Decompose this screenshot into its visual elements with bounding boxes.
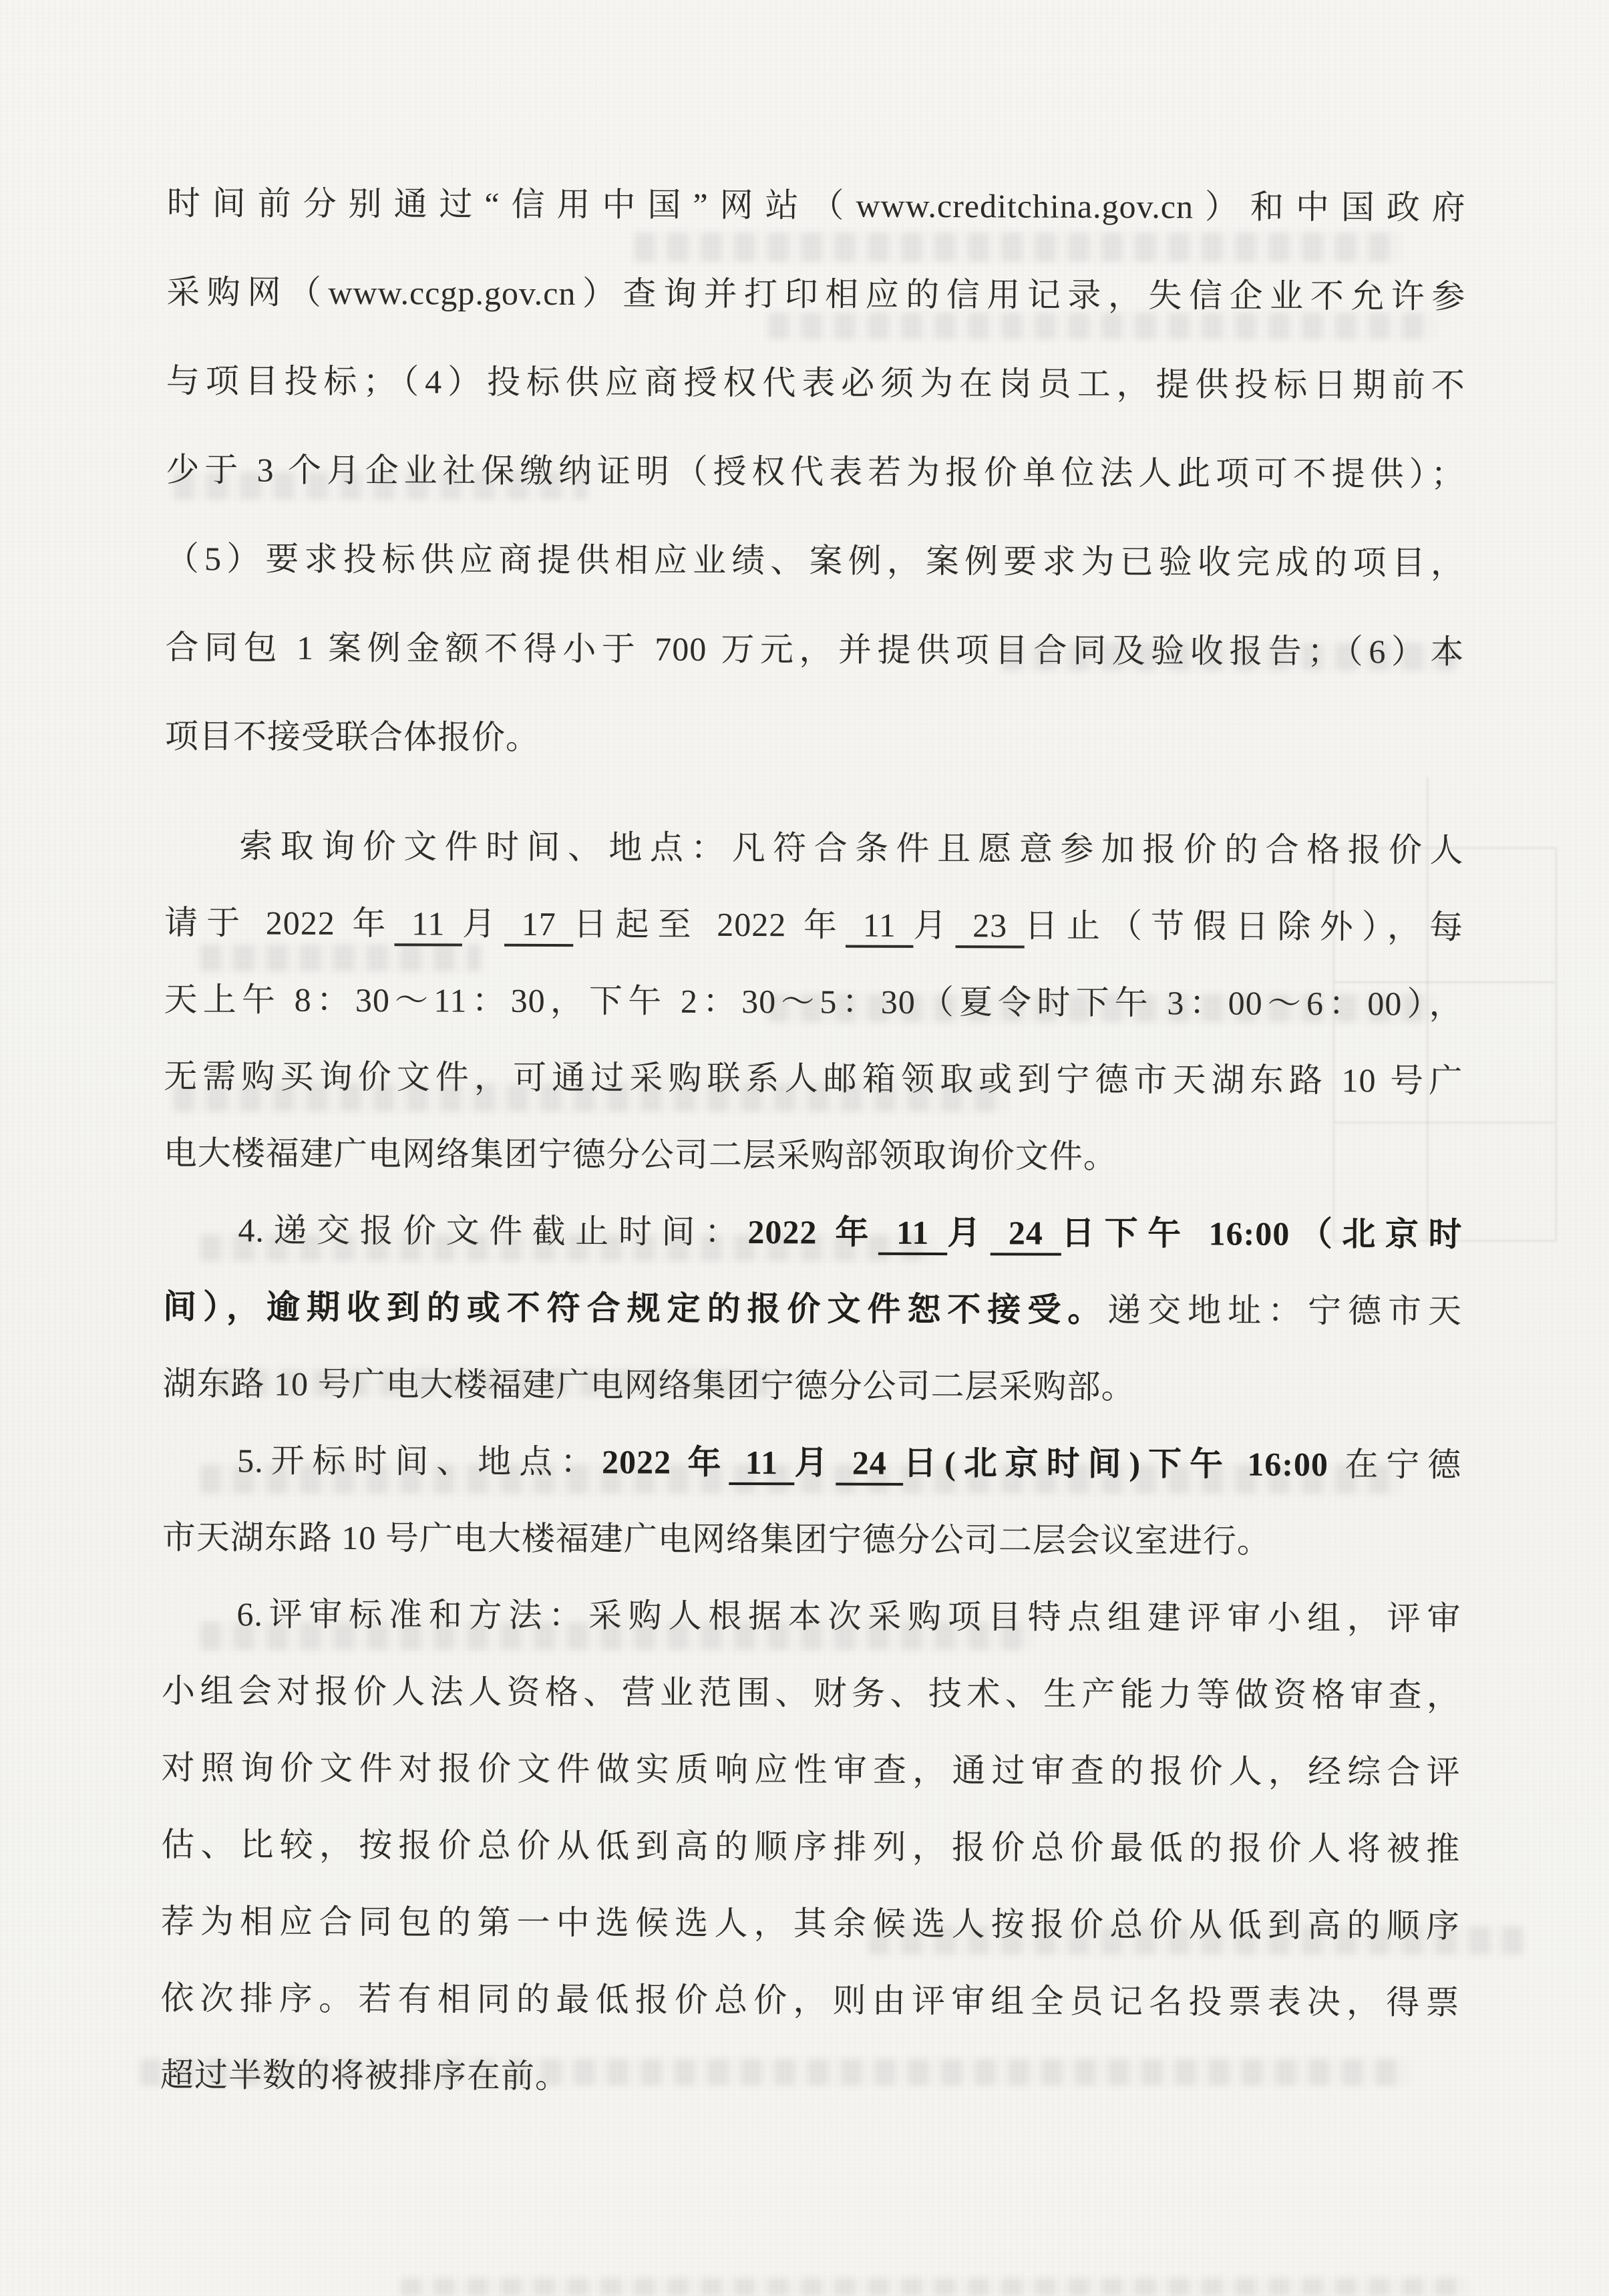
text-run: 依次排序。若有相同的最低报价总价，则由评审组全员记名投票表决，得票 [160, 1979, 1459, 2021]
paragraph-p5: 6.评审标准和方法：采购人根据本次采购项目特点组建评审小组，评审小组会对报价人法… [160, 1576, 1461, 2118]
text-run: 月 [462, 905, 504, 943]
text-run-underlined: 11 [395, 905, 463, 942]
text-run: 日起至 2022 年 [573, 905, 846, 943]
text-line-p1-7: 项目不接受联合体报价。 [165, 692, 1464, 786]
bleedthrough-smudge [401, 2278, 1469, 2296]
text-line-p3-2: 间），逾期收到的或不符合规定的报价文件恕不接受。递交地址：宁德市天 [163, 1269, 1462, 1350]
text-run: 索取询价文件时间、地点：凡符合条件且愿意参加报价的合格报价人 [239, 827, 1463, 868]
text-line-p2-2: 请于 2022 年 11 月 17 日起至 2022 年 11 月 23 日止（… [164, 884, 1463, 966]
text-run: 在宁德 [1328, 1446, 1461, 1484]
text-line-p1-4: 少于 3 个月企业社保缴纳证明（授权代表若为报价单位法人此项可不提供）； [166, 426, 1465, 519]
paragraph-p3: 4.递交报价文件截止时间：2022 年 11 月 24 日下午 16:00（北京… [162, 1192, 1462, 1427]
text-run-bold: 月 [947, 1214, 991, 1251]
text-line-p1-6: 合同包 1 案例金额不得小于 700 万元，并提供项目合同及验收报告；（6）本 [165, 603, 1464, 697]
paragraph-p4: 5.开标时间、地点：2022 年 11 月 24 日(北京时间)下午 16:00… [162, 1422, 1462, 1581]
text-run: 项目不接受联合体报价。 [165, 717, 540, 756]
text-line-p2-3: 天上午 8：30～11：30，下午 2：30～5：30（夏令时下午 3：00～6… [164, 961, 1463, 1043]
text-line-p2-1: 索取询价文件时间、地点：凡符合条件且愿意参加报价的合格报价人 [164, 808, 1463, 889]
text-run: 4.递交报价文件截止时间： [238, 1211, 747, 1251]
text-run: 递交地址：宁德市天 [1107, 1291, 1462, 1330]
text-run-underlined: 11 [846, 907, 914, 944]
text-run-bold: 日下午 16:00（北京时 [1061, 1214, 1463, 1253]
text-line-p5-1: 6.评审标准和方法：采购人根据本次采购项目特点组建评审小组，评审 [162, 1576, 1461, 1657]
text-run-underlined: 23 [956, 907, 1025, 944]
text-run: 请于 2022 年 [164, 904, 395, 942]
paragraph-p2: 索取询价文件时间、地点：凡符合条件且愿意参加报价的合格报价人请于 2022 年 … [164, 808, 1464, 1196]
text-line-p5-2: 小组会对报价人法人资格、营业范围、财务、技术、生产能力等做资格审查， [162, 1653, 1461, 1734]
document-page: 时间前分别通过“信用中国”网站（www.creditchina.gov.cn）和… [0, 0, 1609, 2296]
text-run: 少于 3 个月企业社保缴纳证明（授权代表若为报价单位法人此项可不提供）； [166, 451, 1465, 493]
text-run: 采购网（www.ccgp.gov.cn）查询并打印相应的信用记录，失信企业不允许… [166, 273, 1465, 315]
text-run-bold: 间），逾期收到的或不符合规定的报价文件恕不接受。 [163, 1288, 1107, 1329]
text-run: 6.评审标准和方法：采购人根据本次采购项目特点组建评审小组，评审 [236, 1595, 1461, 1637]
text-run: 时间前分别通过“信用中国”网站（www.creditchina.gov.cn）和… [167, 184, 1466, 226]
text-line-p1-3: 与项目投标；（4）投标供应商授权代表必须为在岗员工，提供投标日期前不 [166, 337, 1465, 430]
text-run: 月 [913, 907, 955, 944]
text-line-p1-1: 时间前分别通过“信用中国”网站（www.creditchina.gov.cn）和… [167, 159, 1466, 253]
paragraph-p1: 时间前分别通过“信用中国”网站（www.creditchina.gov.cn）和… [165, 159, 1466, 786]
text-run: 无需购买询价文件，可通过采购联系人邮箱领取或到宁德市天湖东路 10 号广 [164, 1057, 1463, 1100]
text-line-p5-6: 依次排序。若有相同的最低报价总价，则由评审组全员记名投票表决，得票 [160, 1960, 1459, 2041]
text-run-bold-underlined: 11 [878, 1214, 948, 1251]
text-run: 天上午 8：30～11：30，下午 2：30～5：30（夏令时下午 3：00～6… [164, 981, 1463, 1023]
document-text: 时间前分别通过“信用中国”网站（www.creditchina.gov.cn）和… [160, 159, 1466, 2118]
text-line-p4-1: 5.开标时间、地点：2022 年 11 月 24 日(北京时间)下午 16:00… [162, 1422, 1461, 1504]
text-line-p3-1: 4.递交报价文件截止时间：2022 年 11 月 24 日下午 16:00（北京… [163, 1192, 1462, 1273]
text-run: 估、比较，按报价总价从低到高的顺序排列，报价总价最低的报价人将被推 [161, 1826, 1460, 1868]
text-run-bold: 2022 年 [602, 1443, 729, 1481]
text-run: 市天湖东路 10 号广电大楼福建广电网络集团宁德分公司二层会议室进行。 [162, 1518, 1271, 1560]
text-run: 荐为相应合同包的第一中选候选人，其余候选人按报价总价从低到高的顺序 [161, 1903, 1460, 1945]
text-run-underlined: 17 [504, 905, 573, 943]
text-run: （5）要求投标供应商提供相应业绩、案例，案例要求为已验收完成的项目， [166, 540, 1465, 582]
text-line-p3-3: 湖东路 10 号广电大楼福建广电网络集团宁德分公司二层采购部。 [162, 1345, 1461, 1427]
text-run-bold-underlined: 11 [729, 1444, 794, 1481]
text-run: 超过半数的将被排序在前。 [160, 2056, 569, 2095]
text-run: 合同包 1 案例金额不得小于 700 万元，并提供项目合同及验收报告；（6）本 [165, 629, 1464, 671]
text-line-p2-4: 无需购买询价文件，可通过采购联系人邮箱领取或到宁德市天湖东路 10 号广 [164, 1038, 1463, 1120]
text-run-bold-underlined: 24 [991, 1214, 1061, 1251]
text-run: 小组会对报价人法人资格、营业范围、财务、技术、生产能力等做资格审查， [162, 1672, 1461, 1714]
text-line-p5-4: 估、比较，按报价总价从低到高的顺序排列，报价总价最低的报价人将被推 [161, 1806, 1460, 1888]
text-line-p5-3: 对照询价文件对报价文件做实质响应性审查，通过审查的报价人，经综合评 [161, 1730, 1460, 1811]
text-run: 与项目投标；（4）投标供应商授权代表必须为在岗员工，提供投标日期前不 [166, 362, 1465, 404]
text-line-p4-2: 市天湖东路 10 号广电大楼福建广电网络集团宁德分公司二层会议室进行。 [162, 1499, 1461, 1581]
text-line-p1-5: （5）要求投标供应商提供相应业绩、案例，案例要求为已验收完成的项目， [166, 514, 1465, 608]
text-run: 5.开标时间、地点： [237, 1442, 602, 1480]
text-run-bold: 日(北京时间)下午 16:00 [903, 1444, 1328, 1483]
text-line-p5-5: 荐为相应合同包的第一中选候选人，其余候选人按报价总价从低到高的顺序 [161, 1883, 1460, 1965]
text-run: 对照询价文件对报价文件做实质响应性审查，通过审查的报价人，经综合评 [161, 1749, 1460, 1791]
text-run: 日止（节假日除外），每 [1025, 907, 1463, 945]
text-line-p2-5: 电大楼福建广电网络集团宁德分公司二层采购部领取询价文件。 [164, 1115, 1463, 1196]
text-run-bold-underlined: 24 [836, 1444, 903, 1482]
text-line-p5-7: 超过半数的将被排序在前。 [160, 2037, 1459, 2118]
text-run: 电大楼福建广电网络集团宁德分公司二层采购部领取询价文件。 [164, 1134, 1117, 1175]
text-line-p1-2: 采购网（www.ccgp.gov.cn）查询并打印相应的信用记录，失信企业不允许… [166, 248, 1465, 341]
text-run-bold: 月 [794, 1444, 836, 1481]
text-run-bold: 2022 年 [747, 1213, 878, 1251]
text-run: 湖东路 10 号广电大楼福建广电网络集团宁德分公司二层采购部。 [163, 1365, 1135, 1406]
